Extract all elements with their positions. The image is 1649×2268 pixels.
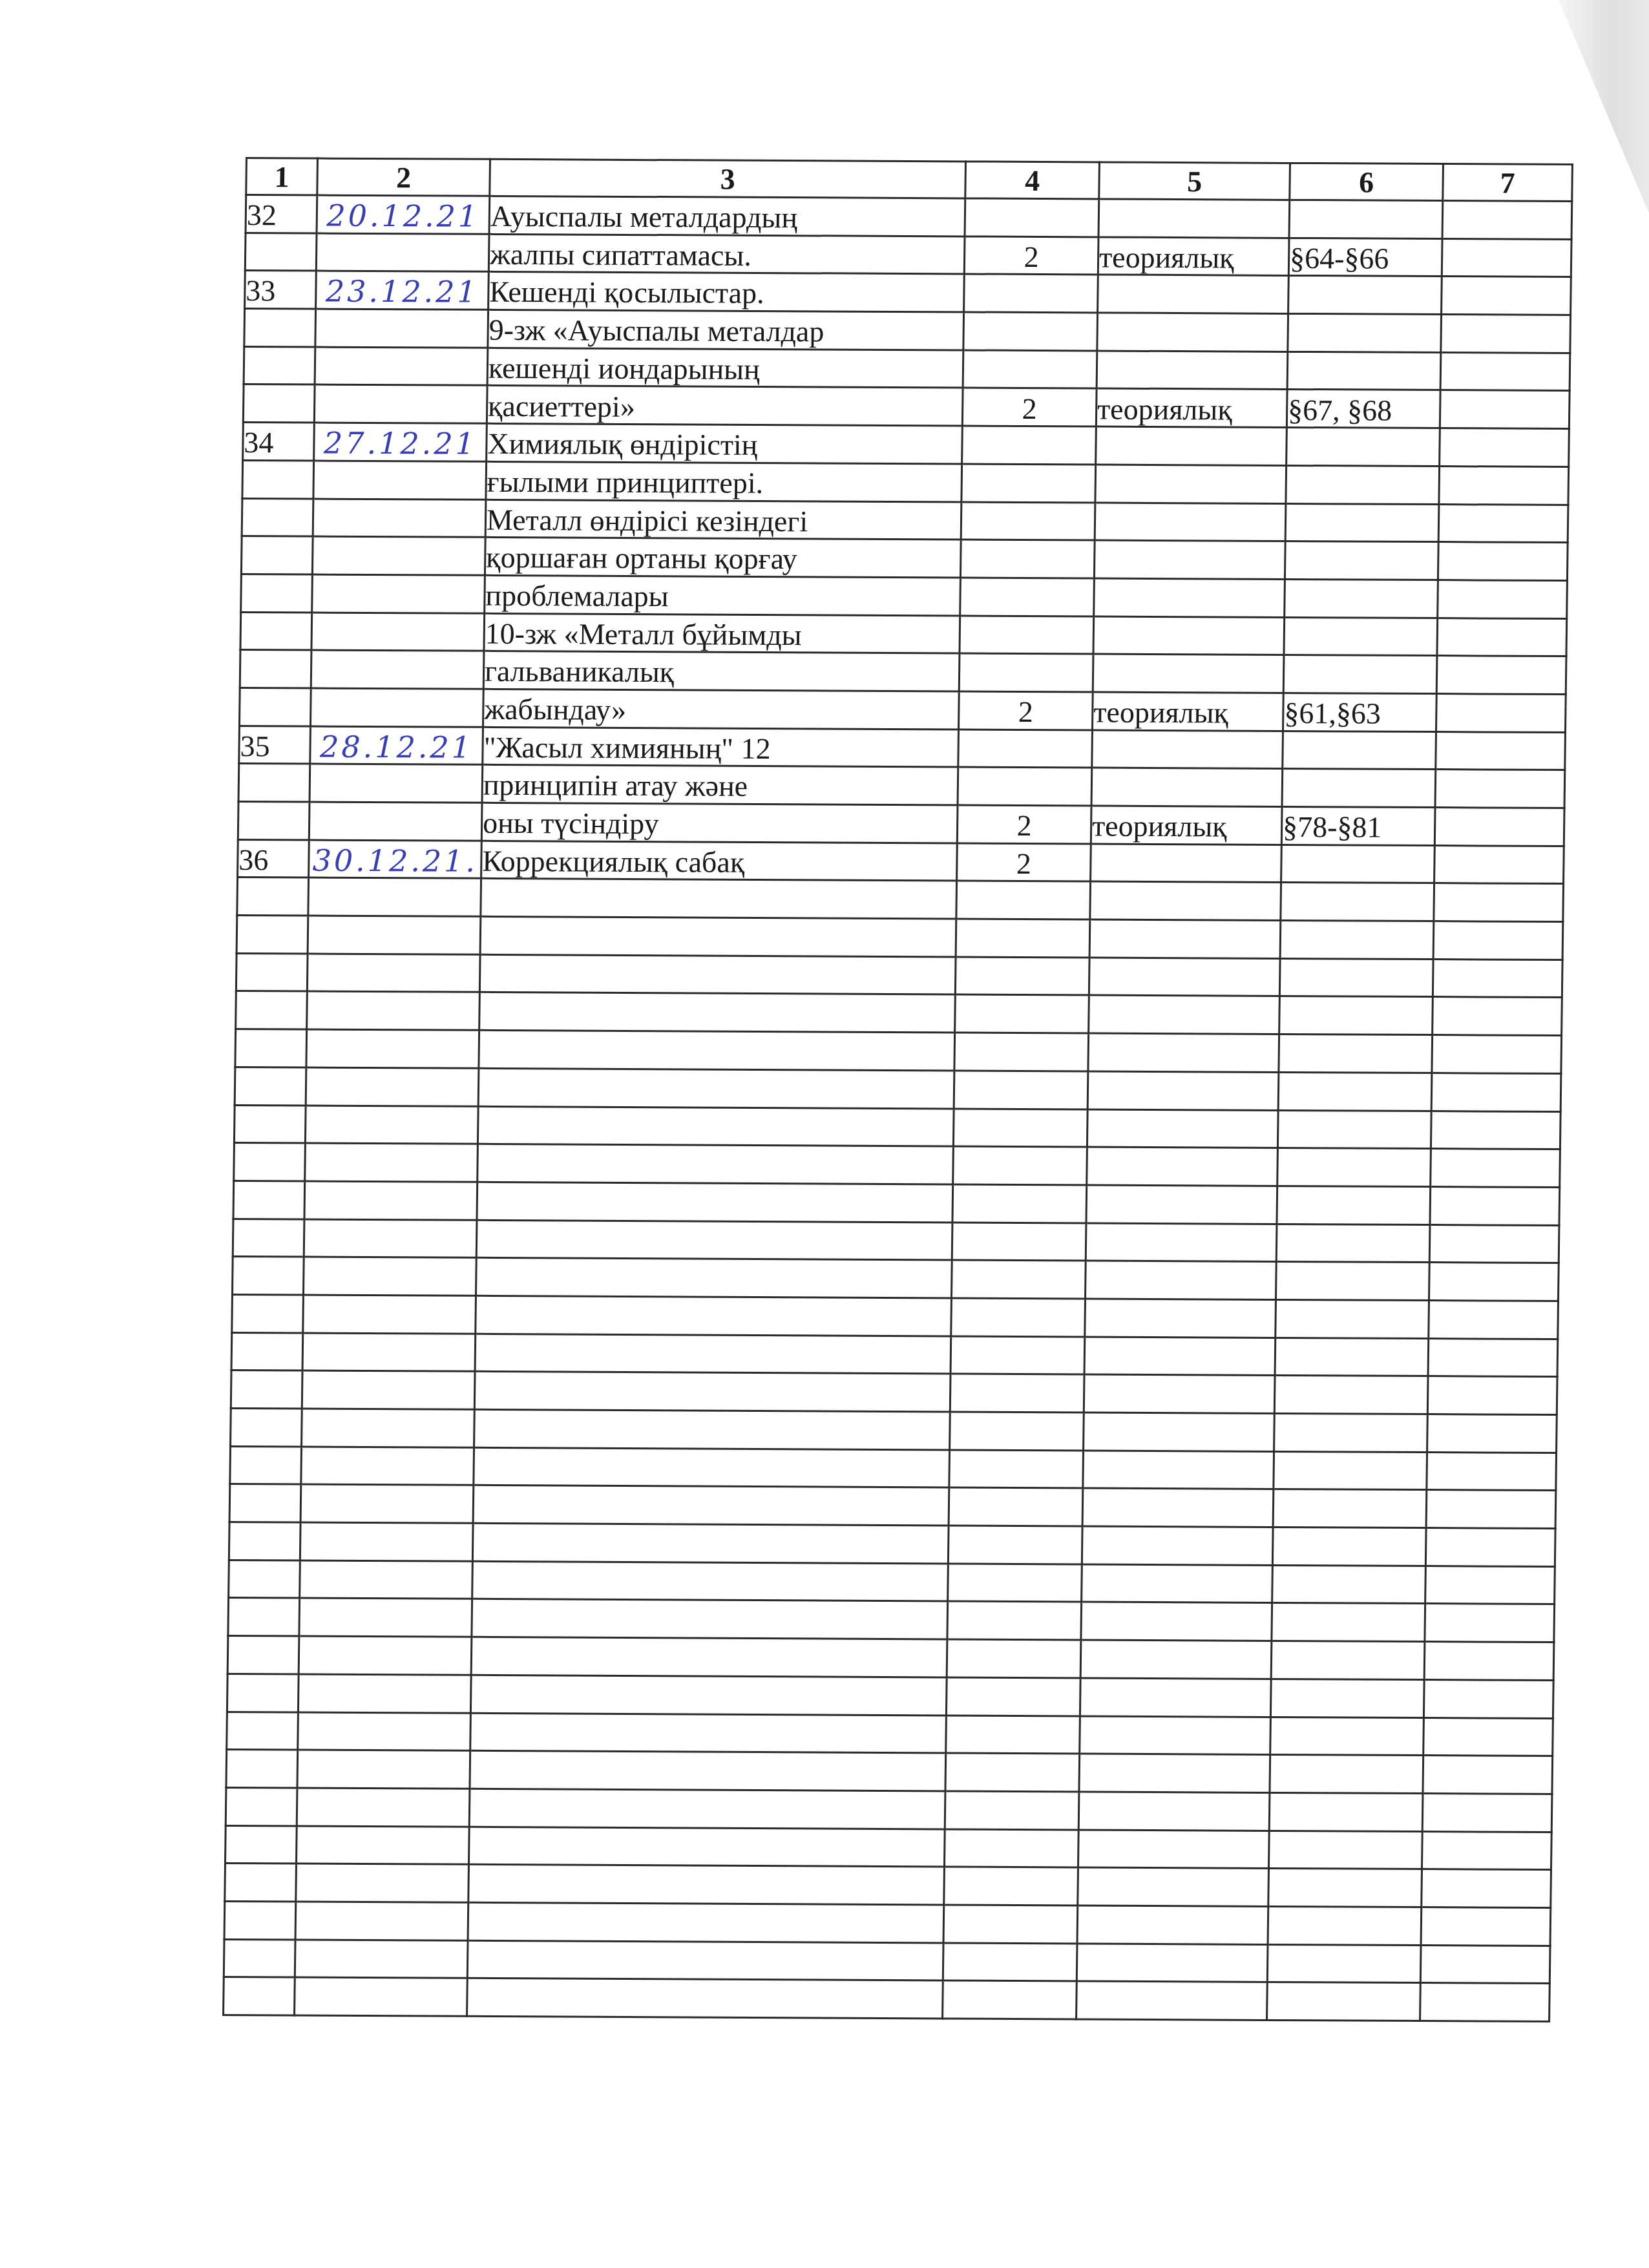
lesson-number — [243, 384, 315, 423]
empty-cell — [1425, 1604, 1555, 1643]
empty-cell — [1429, 1301, 1559, 1339]
empty-cell — [474, 1372, 951, 1412]
empty-cell — [944, 1829, 1078, 1868]
empty-cell — [472, 1523, 949, 1563]
empty-cell — [1087, 1109, 1278, 1148]
empty-table-row — [229, 1522, 1555, 1567]
empty-cell — [945, 1753, 1080, 1792]
lesson-notes — [1439, 466, 1569, 505]
lesson-type — [1097, 313, 1288, 352]
lesson-paragraphs — [1285, 541, 1438, 580]
empty-cell — [468, 1902, 944, 1942]
empty-cell — [237, 877, 309, 916]
empty-cell — [478, 1144, 954, 1184]
empty-cell — [467, 1979, 943, 2019]
empty-cell — [298, 1712, 471, 1751]
empty-cell — [1085, 1299, 1276, 1338]
lesson-topic-line: Коррекциялық сабақ — [481, 841, 958, 881]
empty-cell — [1420, 1983, 1550, 2022]
empty-cell — [1424, 1642, 1554, 1681]
empty-cell — [951, 1298, 1086, 1337]
empty-cell — [231, 1370, 302, 1409]
empty-table-row — [235, 1067, 1561, 1111]
empty-cell — [234, 1143, 306, 1181]
empty-cell — [1427, 1376, 1557, 1415]
empty-cell — [308, 916, 481, 954]
empty-table-row — [232, 1294, 1559, 1339]
empty-cell — [481, 879, 957, 919]
empty-cell — [471, 1637, 947, 1677]
lesson-paragraphs — [1283, 731, 1436, 770]
lesson-hours: 2 — [957, 843, 1091, 882]
empty-cell — [1087, 1071, 1279, 1110]
lesson-type — [1097, 351, 1288, 390]
empty-cell — [1274, 1376, 1428, 1414]
empty-cell — [1268, 1831, 1422, 1869]
lesson-type: теориялық — [1098, 237, 1289, 276]
empty-cell — [1272, 1603, 1425, 1642]
empty-cell — [943, 1943, 1077, 1982]
empty-cell — [225, 1825, 297, 1864]
lesson-notes — [1438, 542, 1568, 581]
empty-table-row — [229, 1560, 1555, 1604]
lesson-topic-line: жабындау» — [483, 689, 959, 729]
lesson-hours — [960, 540, 1095, 578]
empty-table-row — [230, 1446, 1557, 1491]
lesson-notes — [1442, 201, 1572, 240]
lesson-topic-line: Металл өндірісі кезіндегі — [485, 499, 961, 540]
empty-cell — [467, 1940, 943, 1980]
empty-cell — [948, 1564, 1082, 1602]
lesson-topic-line: ғылыми принциптері. — [486, 461, 962, 501]
lesson-number — [240, 612, 312, 650]
lesson-topic-line: "Жасыл химияның" 12 — [483, 727, 959, 767]
lesson-paragraphs — [1289, 200, 1443, 238]
empty-cell — [236, 991, 308, 1029]
empty-cell — [947, 1639, 1081, 1678]
empty-cell — [1427, 1414, 1557, 1453]
empty-cell — [944, 1867, 1078, 1906]
empty-cell — [1277, 1148, 1431, 1187]
empty-cell — [956, 881, 1091, 919]
lesson-type — [1098, 199, 1290, 238]
empty-cell — [1423, 1717, 1553, 1756]
lesson-date — [312, 536, 485, 575]
lesson-date: 20.12.21 — [317, 195, 490, 234]
empty-cell — [229, 1560, 300, 1598]
empty-cell — [1428, 1338, 1558, 1377]
lesson-paragraphs — [1287, 352, 1441, 390]
empty-table-row — [224, 1977, 1550, 2022]
table-row: ғылыми принциптері. — [242, 460, 1569, 505]
empty-cell — [1082, 1488, 1274, 1527]
empty-cell — [1276, 1262, 1429, 1301]
lesson-number: 35 — [239, 726, 311, 764]
lesson-type — [1092, 730, 1283, 769]
lesson-notes — [1437, 618, 1567, 656]
lesson-number — [241, 536, 313, 574]
empty-cell — [304, 1219, 477, 1258]
empty-cell — [1086, 1185, 1277, 1224]
empty-cell — [297, 1788, 470, 1827]
lesson-notes — [1442, 277, 1571, 315]
empty-cell — [1078, 1830, 1269, 1869]
lesson-notes — [1440, 428, 1570, 467]
empty-cell — [305, 1106, 478, 1144]
lesson-notes — [1438, 580, 1568, 618]
empty-cell — [479, 1030, 955, 1070]
empty-cell — [1422, 1793, 1552, 1832]
lesson-number — [241, 574, 313, 612]
empty-table-row — [231, 1409, 1557, 1453]
table-row: жабындау»2теориялық§61,§63 — [239, 688, 1566, 732]
empty-cell — [479, 954, 956, 994]
empty-cell — [478, 1068, 954, 1108]
empty-cell — [1422, 1831, 1551, 1870]
empty-cell — [469, 1789, 945, 1829]
empty-cell — [1281, 883, 1434, 921]
empty-cell — [470, 1675, 947, 1715]
table-row: Металл өндірісі кезіндегі — [242, 498, 1568, 543]
empty-cell — [1085, 1261, 1276, 1299]
empty-cell — [956, 919, 1090, 958]
empty-cell — [297, 1750, 470, 1789]
empty-cell — [1274, 1451, 1427, 1490]
empty-cell — [228, 1598, 300, 1636]
lesson-hours: 2 — [958, 691, 1093, 730]
empty-cell — [472, 1561, 949, 1601]
empty-cell — [476, 1258, 952, 1298]
empty-cell — [1078, 1867, 1269, 1906]
lesson-paragraphs — [1281, 845, 1435, 883]
empty-cell — [236, 953, 308, 991]
empty-cell — [943, 1980, 1077, 2019]
empty-table-row — [227, 1636, 1554, 1681]
empty-cell — [943, 1905, 1078, 1944]
empty-cell — [472, 1599, 948, 1639]
empty-cell — [307, 991, 480, 1030]
empty-cell — [1432, 1035, 1562, 1074]
empty-cell — [226, 1787, 297, 1825]
empty-cell — [296, 1826, 469, 1865]
empty-cell — [1276, 1299, 1429, 1338]
lesson-topic-line: проблемалары — [485, 575, 961, 615]
lesson-notes — [1434, 808, 1564, 846]
lesson-type: теориялық — [1096, 388, 1287, 427]
empty-cell — [1433, 959, 1562, 998]
lesson-topic-line: 10-зж «Металл бұйымды — [484, 613, 960, 653]
lesson-number — [238, 764, 310, 802]
empty-cell — [302, 1409, 475, 1447]
empty-cell — [1425, 1528, 1555, 1567]
lesson-hours — [962, 426, 1097, 465]
empty-cell — [955, 994, 1089, 1033]
empty-cell — [235, 1029, 307, 1067]
lesson-type — [1095, 465, 1287, 503]
empty-cell — [954, 1033, 1089, 1071]
empty-cell — [1080, 1716, 1271, 1754]
lesson-paragraphs — [1282, 769, 1436, 808]
empty-cell — [1086, 1223, 1277, 1262]
empty-cell — [1421, 1907, 1551, 1946]
lesson-topic-line: Химиялық өндірістің — [487, 423, 963, 463]
lesson-notes — [1441, 315, 1571, 353]
lesson-topic-line: 9-зж «Ауыспалы металдар — [488, 310, 964, 350]
table-row: проблемалары — [241, 574, 1568, 618]
empty-cell — [950, 1374, 1084, 1412]
empty-cell — [1272, 1527, 1426, 1566]
empty-cell — [231, 1409, 302, 1447]
empty-cell — [949, 1450, 1084, 1489]
lesson-topic-line: Ауыспалы металдардың — [489, 196, 965, 236]
empty-cell — [1270, 1717, 1424, 1756]
empty-table-row — [234, 1143, 1560, 1188]
empty-cell — [1082, 1526, 1273, 1565]
empty-table-row — [231, 1332, 1558, 1377]
empty-cell — [1423, 1679, 1553, 1718]
empty-cell — [300, 1484, 474, 1523]
table-row: қасиеттері»2теориялық§67, §68 — [243, 384, 1570, 429]
empty-cell — [480, 916, 956, 956]
lesson-date — [313, 461, 487, 499]
empty-table-row — [235, 1029, 1562, 1074]
empty-cell — [1274, 1413, 1428, 1452]
empty-table-row — [224, 1939, 1550, 1984]
empty-cell — [1082, 1564, 1273, 1603]
empty-cell — [229, 1484, 301, 1522]
empty-cell — [1278, 1072, 1432, 1111]
table-row: 9-зж «Ауыспалы металдар — [244, 309, 1571, 353]
lesson-topic-line: оны түсіндіру — [481, 803, 958, 843]
lesson-type — [1091, 768, 1283, 806]
lesson-paragraphs — [1286, 465, 1440, 504]
header-col-2: 2 — [317, 158, 490, 196]
empty-cell — [949, 1487, 1083, 1526]
lesson-number: 34 — [243, 423, 315, 461]
empty-cell — [475, 1334, 951, 1374]
empty-cell — [233, 1219, 304, 1257]
empty-table-row — [229, 1484, 1556, 1529]
empty-cell — [479, 992, 956, 1033]
empty-cell — [1268, 1906, 1422, 1945]
empty-cell — [307, 954, 480, 992]
empty-cell — [946, 1677, 1080, 1716]
empty-cell — [236, 916, 308, 954]
empty-table-row — [236, 991, 1562, 1036]
lesson-notes — [1440, 390, 1570, 429]
empty-cell — [1431, 1149, 1560, 1188]
empty-cell — [1425, 1566, 1555, 1604]
empty-cell — [225, 1864, 297, 1902]
empty-cell — [1430, 1186, 1560, 1225]
lesson-notes — [1435, 770, 1565, 808]
empty-cell — [1077, 1906, 1268, 1944]
lesson-date: 23.12.21 — [316, 271, 489, 310]
lesson-type — [1095, 502, 1286, 541]
empty-cell — [1270, 1755, 1423, 1794]
lesson-paragraphs: §78-§81 — [1281, 806, 1435, 845]
lesson-paragraphs: §61,§63 — [1283, 693, 1436, 731]
table-row: жалпы сипаттамасы.2теориялық§64-§66 — [245, 233, 1571, 277]
empty-cell — [1268, 1869, 1422, 1907]
lesson-number — [242, 498, 313, 536]
empty-cell — [295, 1902, 468, 1940]
lesson-paragraphs: §64-§66 — [1288, 238, 1442, 277]
empty-cell — [473, 1486, 949, 1526]
lesson-hours — [963, 350, 1097, 389]
lesson-date — [309, 802, 482, 841]
empty-cell — [1267, 1982, 1421, 2021]
empty-cell — [1280, 920, 1434, 959]
empty-table-row — [227, 1712, 1553, 1756]
empty-cell — [1084, 1412, 1275, 1451]
empty-cell — [476, 1220, 952, 1260]
empty-cell — [470, 1713, 947, 1753]
empty-cell — [1434, 883, 1564, 922]
lesson-date — [315, 347, 488, 386]
table-row: 10-зж «Металл бұйымды — [240, 612, 1567, 656]
lesson-hours — [960, 578, 1095, 616]
empty-cell — [300, 1560, 473, 1599]
empty-cell — [226, 1750, 298, 1788]
empty-cell — [1273, 1489, 1427, 1528]
empty-cell — [477, 1182, 953, 1222]
empty-cell — [296, 1864, 469, 1902]
lesson-plan-body: 3220.12.21Ауыспалы металдардыңжалпы сипа… — [224, 195, 1572, 2022]
empty-cell — [468, 1827, 945, 1867]
empty-cell — [474, 1447, 950, 1487]
lesson-number — [242, 460, 314, 498]
empty-cell — [1277, 1186, 1431, 1224]
empty-cell — [224, 1901, 296, 1939]
empty-cell — [230, 1446, 302, 1484]
lesson-notes — [1436, 656, 1566, 695]
empty-cell — [1279, 958, 1433, 997]
table-row: оны түсіндіру2теориялық§78-§81 — [238, 802, 1564, 846]
empty-cell — [1089, 958, 1280, 996]
empty-cell — [232, 1294, 304, 1332]
lesson-type — [1098, 275, 1289, 313]
lesson-number — [245, 233, 317, 271]
empty-table-row — [231, 1370, 1557, 1415]
lesson-date — [311, 650, 484, 689]
empty-cell — [1267, 1944, 1421, 1983]
empty-cell — [298, 1674, 471, 1713]
empty-cell — [1084, 1337, 1276, 1376]
empty-cell — [1077, 1981, 1268, 2020]
empty-cell — [954, 1071, 1088, 1109]
table-row: 3528.12.21"Жасыл химияның" 12 — [239, 726, 1566, 770]
lesson-plan-table: 1 2 3 4 5 6 7 3220.12.21Ауыспалы металда… — [222, 157, 1573, 2022]
lesson-number: 36 — [238, 839, 310, 877]
empty-cell — [234, 1105, 306, 1143]
lesson-date — [310, 764, 483, 803]
lesson-notes — [1442, 238, 1571, 277]
empty-cell — [1276, 1224, 1430, 1263]
empty-cell — [946, 1715, 1080, 1754]
lesson-number: 32 — [246, 195, 317, 233]
empty-cell — [1083, 1451, 1274, 1489]
empty-cell — [227, 1674, 299, 1712]
lesson-type — [1094, 540, 1285, 579]
lesson-hours: 2 — [964, 236, 1098, 275]
lesson-notes — [1436, 731, 1566, 770]
empty-cell — [1089, 919, 1281, 958]
empty-cell — [224, 1977, 295, 2015]
lesson-date — [315, 309, 488, 348]
empty-cell — [1277, 1110, 1431, 1149]
empty-cell — [1090, 881, 1281, 920]
empty-cell — [233, 1181, 305, 1219]
lesson-plan-table-wrapper: 1 2 3 4 5 6 7 3220.12.21Ауыспалы металда… — [222, 157, 1573, 2022]
empty-cell — [1084, 1374, 1275, 1413]
lesson-hours: 2 — [957, 805, 1091, 844]
lesson-hours — [964, 274, 1098, 313]
empty-cell — [235, 1067, 306, 1105]
lesson-hours — [960, 616, 1094, 655]
empty-cell — [303, 1295, 476, 1334]
empty-cell — [1422, 1869, 1551, 1908]
lesson-topic-line: гальваникалық — [483, 651, 960, 691]
empty-cell — [953, 1146, 1087, 1185]
empty-cell — [1420, 1945, 1550, 1984]
empty-cell — [474, 1409, 951, 1449]
empty-cell — [955, 957, 1089, 996]
empty-cell — [951, 1336, 1085, 1375]
empty-cell — [478, 1106, 954, 1146]
empty-cell — [1077, 1944, 1268, 1982]
table-row: 3427.12.21Химиялық өндірістің — [243, 423, 1570, 467]
table-row: кешенді иондарының — [244, 346, 1570, 391]
lesson-paragraphs — [1285, 579, 1438, 618]
lesson-date — [312, 574, 485, 613]
lesson-number: 33 — [245, 271, 317, 309]
table-row: гальваникалық — [240, 650, 1566, 695]
header-col-5: 5 — [1099, 162, 1290, 200]
lesson-date: 27.12.21 — [314, 423, 487, 461]
empty-cell — [295, 1977, 468, 2016]
empty-cell — [1423, 1756, 1553, 1794]
empty-cell — [1429, 1263, 1559, 1301]
lesson-paragraphs — [1284, 617, 1438, 656]
empty-cell — [301, 1447, 474, 1486]
lesson-hours — [965, 198, 1099, 237]
lesson-paragraphs — [1287, 428, 1440, 467]
table-row: 3630.12.21.Коррекциялық сабақ2 — [238, 839, 1564, 884]
lesson-hours — [959, 653, 1093, 692]
header-col-1: 1 — [246, 158, 318, 196]
empty-cell — [1081, 1602, 1272, 1641]
lesson-type — [1094, 578, 1285, 617]
empty-cell — [308, 877, 481, 916]
empty-cell — [1433, 997, 1562, 1036]
lesson-hours — [958, 730, 1093, 768]
empty-cell — [1429, 1224, 1559, 1263]
lesson-date — [311, 613, 485, 651]
lesson-paragraphs — [1288, 276, 1442, 315]
lesson-notes — [1438, 504, 1568, 543]
lesson-paragraphs — [1283, 655, 1437, 694]
empty-cell — [1269, 1792, 1423, 1831]
empty-cell — [1426, 1490, 1556, 1529]
empty-cell — [304, 1181, 478, 1220]
empty-cell — [1431, 1073, 1561, 1111]
lesson-paragraphs: §67, §68 — [1287, 390, 1440, 428]
empty-cell — [1279, 996, 1433, 1035]
lesson-type — [1091, 844, 1282, 883]
table-row: принципін атау және — [238, 764, 1565, 808]
lesson-type — [1093, 616, 1285, 655]
